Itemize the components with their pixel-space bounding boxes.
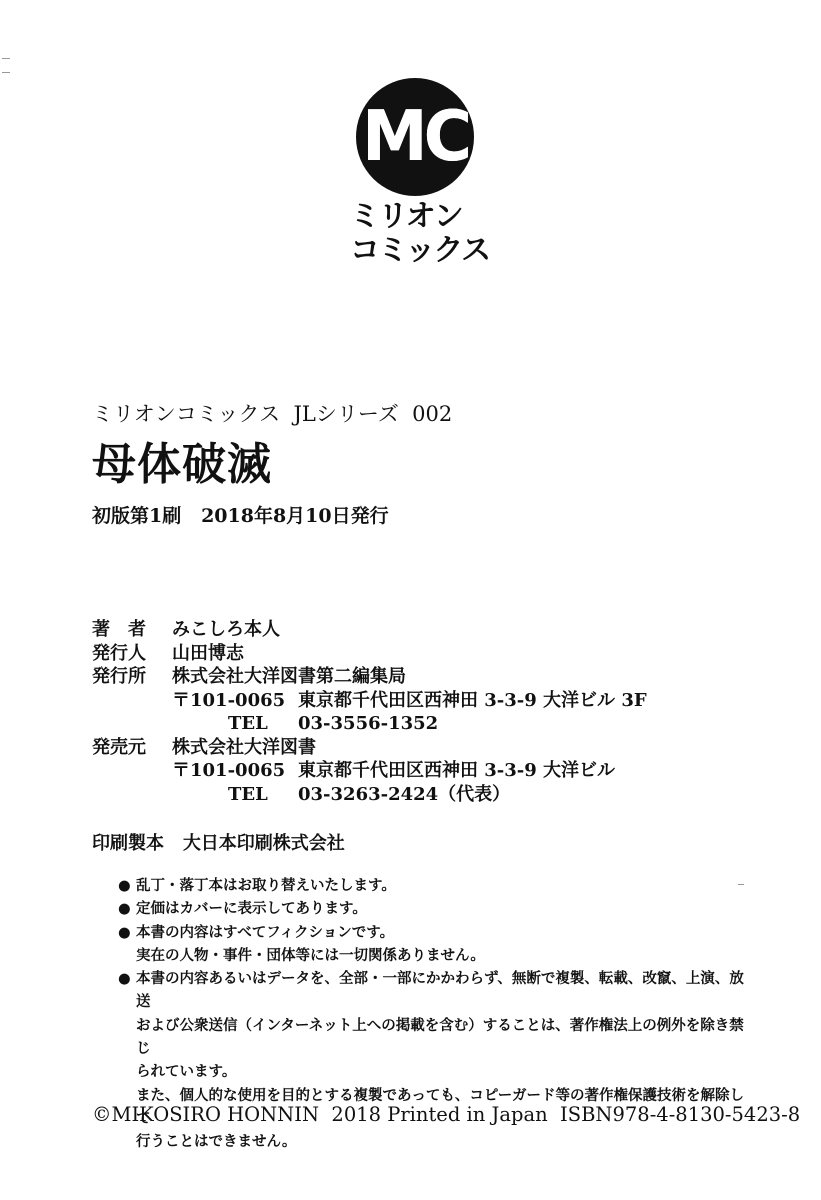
distributor-value: 株式会社大洋図書 bbox=[172, 736, 316, 760]
distributor-label: 発売元 bbox=[92, 736, 172, 760]
bullet-icon: ● bbox=[118, 967, 131, 990]
note-continuation: られています。 bbox=[118, 1060, 758, 1083]
scan-mark bbox=[2, 72, 10, 73]
note-text: 本書の内容はすべてフィクションです。 bbox=[136, 924, 394, 941]
distributor-tel: 03-3263-2424（代表） bbox=[298, 783, 510, 807]
note-item: ●本書の内容はすべてフィクションです。 bbox=[118, 921, 758, 944]
publisher-person-label: 発行人 bbox=[92, 642, 172, 666]
credits-block: 著 者 みこしろ本人 発行人 山田博志 発行所 株式会社大洋図書第二編集局 〒1… bbox=[92, 618, 647, 806]
note-continuation: 行うことはできません。 bbox=[118, 1130, 758, 1153]
author-label: 著 者 bbox=[92, 618, 172, 642]
note-item: ●定価はカバーに表示してあります。 bbox=[118, 897, 758, 920]
note-text: 定価はカバーに表示してあります。 bbox=[136, 900, 367, 917]
publisher-row: 発行所 株式会社大洋図書第二編集局 bbox=[92, 665, 647, 689]
publisher-tel: 03-3556-1352 bbox=[298, 712, 438, 736]
bullet-icon: ● bbox=[118, 897, 131, 920]
book-title: 母体破滅 bbox=[92, 428, 272, 492]
printer-row: 印刷製本 大日本印刷株式会社 bbox=[92, 829, 345, 855]
printer-label: 印刷製本 bbox=[92, 833, 164, 854]
publisher-zip: 〒101-0065 bbox=[172, 689, 298, 713]
publisher-address: 東京都千代田区西神田 3-3-9 大洋ビル 3F bbox=[298, 689, 647, 713]
note-text: 乱丁・落丁本はお取り替えいたします。 bbox=[136, 877, 396, 894]
note-item: ●乱丁・落丁本はお取り替えいたします。 bbox=[118, 874, 758, 897]
distributor-address-row: 〒101-0065 東京都千代田区西神田 3-3-9 大洋ビル bbox=[92, 759, 647, 783]
logo-circle: MC bbox=[356, 78, 474, 196]
logo-kana-line1: ミリオン bbox=[350, 200, 480, 234]
series-line: ミリオンコミックス JLシリーズ 002 bbox=[92, 398, 452, 428]
publisher-value: 株式会社大洋図書第二編集局 bbox=[172, 665, 406, 689]
distributor-zip: 〒101-0065 bbox=[172, 759, 298, 783]
printer-value: 大日本印刷株式会社 bbox=[183, 833, 345, 854]
note-continuation: 実在の人物・事件・団体等には一切関係ありません。 bbox=[118, 944, 758, 967]
publisher-address-row: 〒101-0065 東京都千代田区西神田 3-3-9 大洋ビル 3F bbox=[92, 689, 647, 713]
million-comics-logo: MC ミリオン コミックス bbox=[350, 78, 480, 268]
author-value: みこしろ本人 bbox=[172, 618, 280, 642]
copyright-line: ©MIKOSIRO HONNIN 2018 Printed in Japan I… bbox=[92, 1103, 800, 1126]
note-text: 本書の内容あるいはデータを、全部・一部にかかわらず、無断で複製、転載、改竄、上演… bbox=[136, 970, 744, 1010]
publisher-label: 発行所 bbox=[92, 665, 172, 689]
edition-line: 初版第1刷 2018年8月10日発行 bbox=[92, 501, 389, 528]
note-item: ●本書の内容あるいはデータを、全部・一部にかかわらず、無断で複製、転載、改竄、上… bbox=[118, 967, 758, 1014]
author-row: 著 者 みこしろ本人 bbox=[92, 618, 647, 642]
logo-initials: MC bbox=[346, 104, 484, 169]
publisher-tel-label: TEL bbox=[172, 712, 298, 736]
distributor-tel-label: TEL bbox=[172, 783, 298, 807]
distributor-address: 東京都千代田区西神田 3-3-9 大洋ビル bbox=[298, 759, 615, 783]
publisher-person-row: 発行人 山田博志 bbox=[92, 642, 647, 666]
scan-mark bbox=[2, 58, 10, 59]
note-continuation: および公衆送信（インターネット上への掲載を含む）することは、著作権法上の例外を除… bbox=[118, 1014, 758, 1061]
bullet-icon: ● bbox=[118, 921, 131, 944]
distributor-row: 発売元 株式会社大洋図書 bbox=[92, 736, 647, 760]
distributor-tel-row: TEL 03-3263-2424（代表） bbox=[92, 783, 647, 807]
publisher-person-value: 山田博志 bbox=[172, 642, 244, 666]
bullet-icon: ● bbox=[118, 874, 131, 897]
logo-kana-line2: コミックス bbox=[350, 234, 480, 268]
publisher-tel-row: TEL 03-3556-1352 bbox=[92, 712, 647, 736]
